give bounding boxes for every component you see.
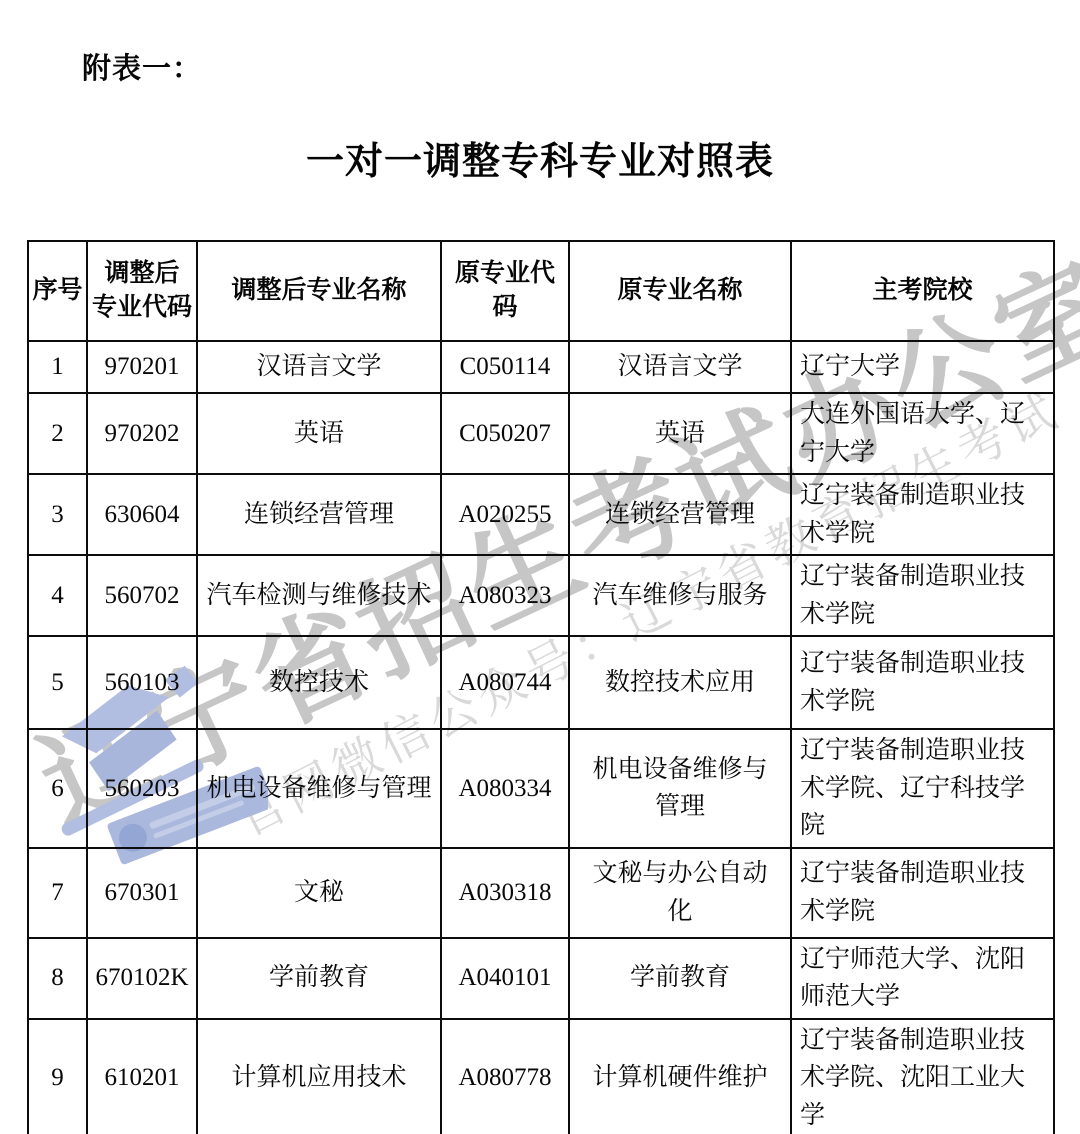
document-page: 附表一： 一对一调整专科专业对照表 辽宁省招生考试办公室 官网微信公众号：辽宁省… [0,0,1080,1134]
cell-old-name: 英语 [569,393,791,474]
cell-no: 6 [28,729,87,848]
majors-mapping-table: 序号调整后 专业代码调整后专业名称原专业代码原专业名称主考院校 1970201汉… [27,240,1055,1134]
table-row: 6560203机电设备维修与管理A080334机电设备维修与管理辽宁装备制造职业… [28,729,1054,848]
cell-school: 辽宁装备制造职业技术学院、辽宁科技学院 [791,729,1054,848]
cell-new-code: 560103 [87,636,197,729]
cell-new-code: 670102K [87,938,197,1019]
cell-no: 5 [28,636,87,729]
cell-no: 7 [28,848,87,938]
cell-school: 辽宁装备制造职业技术学院、沈阳工业大学 [791,1019,1054,1134]
header-old-name: 原专业名称 [569,241,791,341]
table-row: 3630604连锁经营管理A020255连锁经营管理辽宁装备制造职业技术学院 [28,474,1054,555]
table-row: 1970201汉语言文学C050114汉语言文学辽宁大学 [28,341,1054,393]
cell-old-code: A040101 [441,938,569,1019]
cell-old-code: A080744 [441,636,569,729]
cell-old-name: 学前教育 [569,938,791,1019]
cell-old-code: C050114 [441,341,569,393]
cell-old-name: 数控技术应用 [569,636,791,729]
cell-new-name: 文秘 [197,848,441,938]
cell-no: 4 [28,555,87,636]
cell-old-code: A080323 [441,555,569,636]
cell-old-code: C050207 [441,393,569,474]
cell-new-code: 560702 [87,555,197,636]
table-row: 2970202英语C050207英语大连外国语大学、辽宁大学 [28,393,1054,474]
cell-old-name: 计算机硬件维护 [569,1019,791,1134]
cell-old-code: A020255 [441,474,569,555]
cell-new-name: 机电设备维修与管理 [197,729,441,848]
cell-school: 辽宁装备制造职业技术学院 [791,555,1054,636]
cell-old-name: 汽车维修与服务 [569,555,791,636]
cell-new-code: 970202 [87,393,197,474]
cell-new-name: 汉语言文学 [197,341,441,393]
header-new-code: 调整后 专业代码 [87,241,197,341]
cell-school: 辽宁装备制造职业技术学院 [791,848,1054,938]
cell-no: 3 [28,474,87,555]
cell-school: 大连外国语大学、辽宁大学 [791,393,1054,474]
page-title: 一对一调整专科专业对照表 [0,130,1080,185]
cell-new-code: 670301 [87,848,197,938]
cell-old-name: 文秘与办公自动化 [569,848,791,938]
cell-new-name: 英语 [197,393,441,474]
cell-old-code: A080334 [441,729,569,848]
cell-new-code: 560203 [87,729,197,848]
cell-school: 辽宁师范大学、沈阳师范大学 [791,938,1054,1019]
cell-new-name: 连锁经营管理 [197,474,441,555]
cell-new-name: 计算机应用技术 [197,1019,441,1134]
cell-school: 辽宁装备制造职业技术学院 [791,636,1054,729]
cell-old-name: 汉语言文学 [569,341,791,393]
appendix-label: 附表一： [82,46,202,87]
cell-old-name: 连锁经营管理 [569,474,791,555]
cell-new-code: 610201 [87,1019,197,1134]
header-no: 序号 [28,241,87,341]
cell-new-name: 学前教育 [197,938,441,1019]
cell-no: 8 [28,938,87,1019]
cell-no: 2 [28,393,87,474]
cell-new-name: 数控技术 [197,636,441,729]
cell-old-code: A030318 [441,848,569,938]
cell-new-name: 汽车检测与维修技术 [197,555,441,636]
cell-old-code: A080778 [441,1019,569,1134]
table-row: 9610201计算机应用技术A080778计算机硬件维护辽宁装备制造职业技术学院… [28,1019,1054,1134]
cell-school: 辽宁装备制造职业技术学院 [791,474,1054,555]
cell-new-code: 630604 [87,474,197,555]
cell-old-name: 机电设备维修与管理 [569,729,791,848]
table-row: 8670102K学前教育A040101学前教育辽宁师范大学、沈阳师范大学 [28,938,1054,1019]
header-new-name: 调整后专业名称 [197,241,441,341]
header-school: 主考院校 [791,241,1054,341]
table-header-row: 序号调整后 专业代码调整后专业名称原专业代码原专业名称主考院校 [28,241,1054,341]
cell-no: 1 [28,341,87,393]
table-row: 7670301文秘A030318文秘与办公自动化辽宁装备制造职业技术学院 [28,848,1054,938]
cell-no: 9 [28,1019,87,1134]
table-row: 4560702汽车检测与维修技术A080323汽车维修与服务辽宁装备制造职业技术… [28,555,1054,636]
header-old-code: 原专业代码 [441,241,569,341]
table-row: 5560103数控技术A080744数控技术应用辽宁装备制造职业技术学院 [28,636,1054,729]
cell-school: 辽宁大学 [791,341,1054,393]
cell-new-code: 970201 [87,341,197,393]
